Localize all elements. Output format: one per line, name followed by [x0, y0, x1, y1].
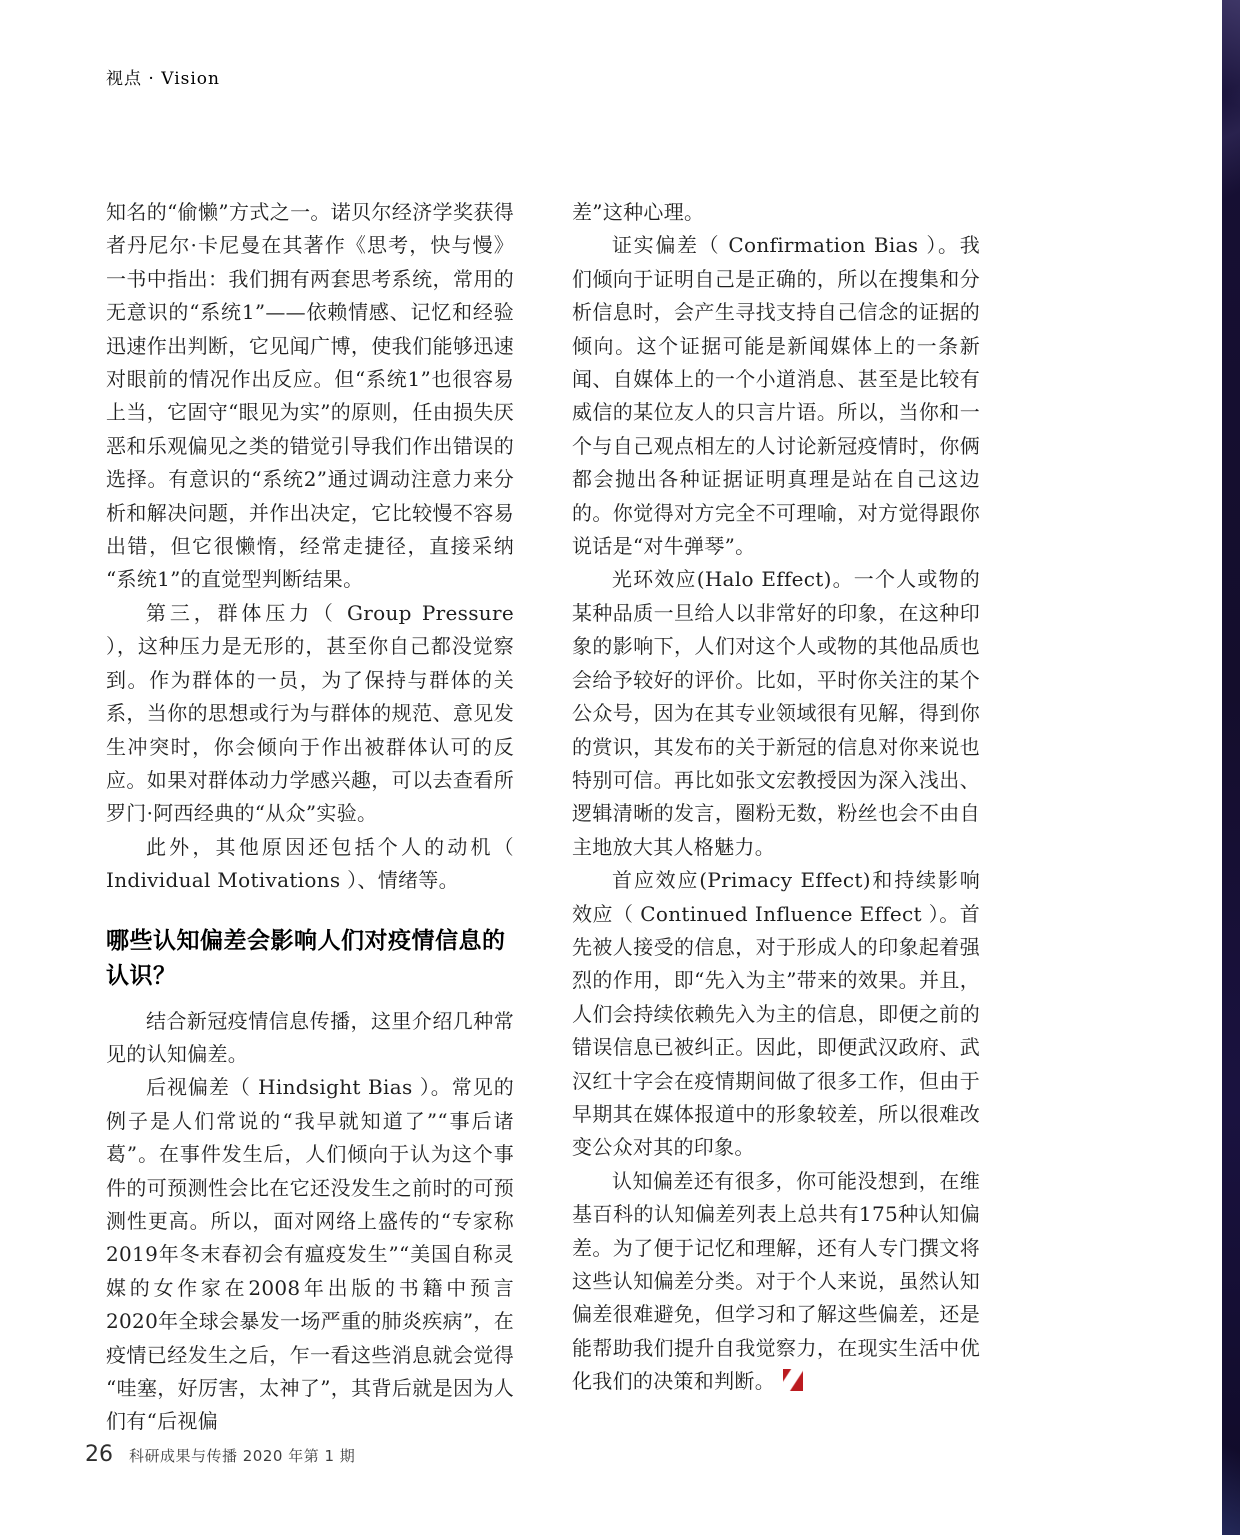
paragraph-continued-from-previous-page: 知名的“偷懒”方式之一。诺贝尔经济学奖获得者丹尼尔·卡尼曼在其著作《思考，快与慢… [106, 196, 514, 597]
magazine-page: 视点 · Vision 知名的“偷懒”方式之一。诺贝尔经济学奖获得者丹尼尔·卡尼… [0, 0, 1240, 1535]
section-header: 视点 · Vision [106, 64, 220, 89]
paragraph-halo-effect: 光环效应(Halo Effect)。一个人或物的某种品质一旦给人以非常好的印象，… [572, 563, 980, 864]
page-number: 26 [85, 1442, 113, 1467]
left-text-column: 知名的“偷懒”方式之一。诺贝尔经济学奖获得者丹尼尔·卡尼曼在其著作《思考，快与慢… [106, 196, 514, 1439]
paragraph-confirmation-bias: 证实偏差（ Confirmation Bias ）。我们倾向于证明自己是正确的，… [572, 229, 980, 563]
paragraph-closing: 认知偏差还有很多，你可能没想到，在维基百科的认知偏差列表上总共有175种认知偏差… [572, 1165, 980, 1399]
paragraph-group-pressure: 第三，群体压力（ Group Pressure ），这种压力是无形的，甚至你自己… [106, 597, 514, 831]
page-edge-decoration [1222, 0, 1240, 1535]
paragraph-individual-motivations: 此外，其他原因还包括个人的动机（ Individual Motivations … [106, 831, 514, 898]
paragraph-closing-text: 认知偏差还有很多，你可能没想到，在维基百科的认知偏差列表上总共有175种认知偏差… [572, 1169, 980, 1393]
paragraph-hindsight-bias: 后视偏差（ Hindsight Bias ）。常见的例子是人们常说的“我早就知道… [106, 1071, 514, 1438]
page-footer: 26 科研成果与传播 2020 年第 1 期 [85, 1442, 355, 1467]
section-heading: 哪些认知偏差会影响人们对疫情信息的认识？ [106, 924, 514, 994]
article-end-mark-icon [783, 1369, 803, 1391]
journal-issue-label: 科研成果与传播 2020 年第 1 期 [129, 1445, 355, 1466]
paragraph-intro-common-biases: 结合新冠疫情信息传播，这里介绍几种常见的认知偏差。 [106, 1005, 514, 1072]
paragraph-primacy-effect: 首应效应(Primacy Effect)和持续影响效应（ Continued I… [572, 864, 980, 1165]
right-text-column: 差”这种心理。 证实偏差（ Confirmation Bias ）。我们倾向于证… [572, 196, 980, 1399]
paragraph-hindsight-bias-continued: 差”这种心理。 [572, 196, 980, 229]
